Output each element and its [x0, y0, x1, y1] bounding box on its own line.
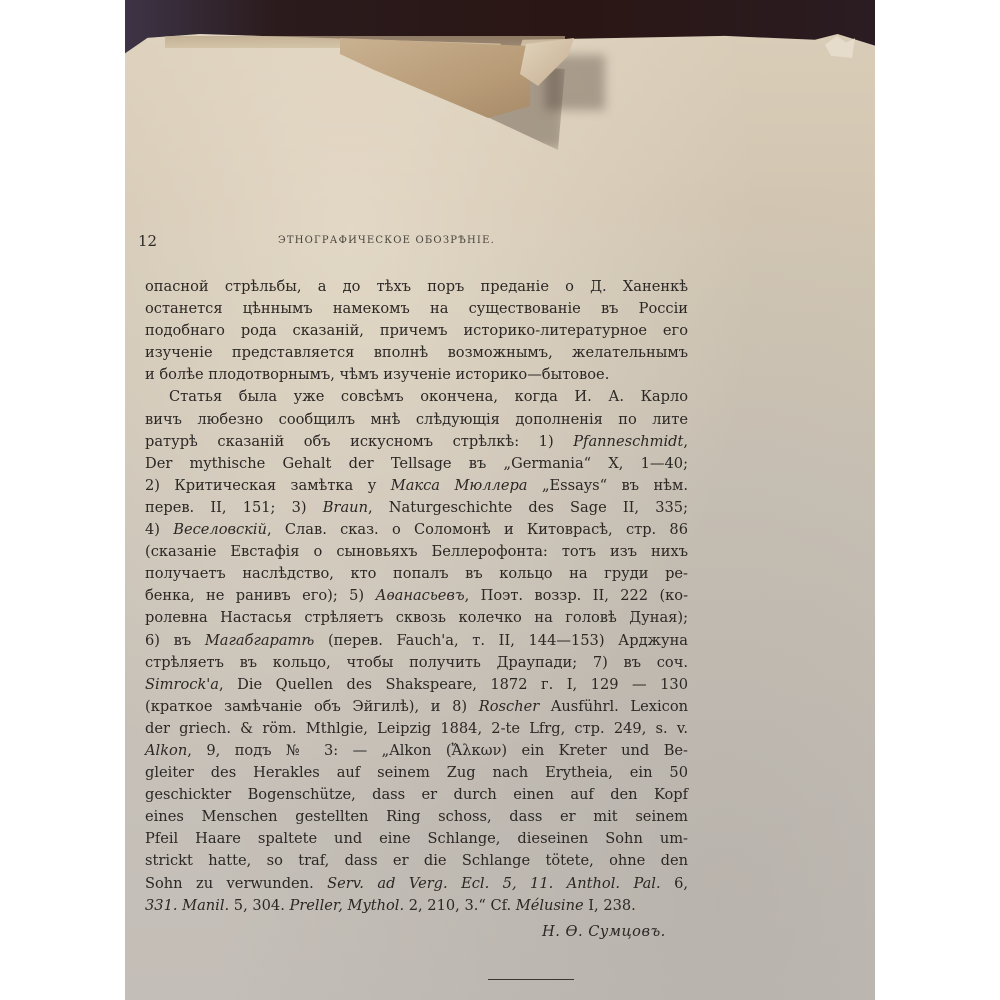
text-segment: eines Menschen gestellten Ring schoss, d…	[145, 808, 688, 825]
body-text: опасной стрѣльбы, а до тѣхъ поръ предані…	[145, 276, 688, 917]
italic-reference: Mélusine	[516, 897, 584, 914]
text-segment: Sohn zu verwunden.	[145, 875, 327, 892]
italic-reference: Serv. ad Verg. Ecl. 5, 11. Anthol. Pal.	[327, 875, 660, 892]
text-line: gleiter des Herakles auf seinem Zug nach…	[145, 762, 688, 784]
text-line: Pfeil Haare spaltete und eine Schlange, …	[145, 828, 688, 850]
italic-reference: Alkon	[145, 742, 187, 759]
page-header: 12 ЭТНОГРАФИЧЕСКОЕ ОБОЗРѢНІЕ.	[138, 232, 688, 252]
italic-reference: Simrock'a	[145, 676, 219, 693]
text-line: Simrock'a, Die Quellen des Shakspeare, 1…	[145, 674, 688, 696]
italic-reference: 331. Manil.	[145, 897, 229, 914]
text-segment: I, 238.	[584, 897, 636, 914]
text-line: вичъ любезно сообщилъ мнѣ слѣдующія допо…	[145, 409, 688, 431]
text-segment: бенка, не ранивъ его); 5)	[145, 587, 376, 604]
italic-reference: Аѳанасьевъ	[376, 587, 465, 604]
text-line: и болѣе плодотворнымъ, чѣмъ изученіе ист…	[145, 364, 688, 386]
text-line: останется цѣннымъ намекомъ на существова…	[145, 298, 688, 320]
text-segment: 5, 304.	[229, 897, 289, 914]
text-line: Alkon, 9, подъ № 3: — „Alkon (Ἄλκων) ein…	[145, 740, 688, 762]
text-line: geschickter Bogenschütze, dass er durch …	[145, 784, 688, 806]
text-segment: (краткое замѣчаніе объ Эйгилѣ), и 8)	[145, 698, 479, 715]
text-segment: стрѣляетъ въ кольцо, чтобы получить Драу…	[145, 654, 688, 671]
text-line: бенка, не ранивъ его); 5) Аѳанасьевъ, По…	[145, 585, 688, 607]
text-line: der griech. & röm. Mthlgie, Leipzig 1884…	[145, 718, 688, 740]
author-signature: Н. Ѳ. Сумцовъ.	[542, 923, 666, 940]
text-segment: Der mythische Gehalt der Tellsage въ „Ge…	[145, 455, 688, 472]
text-line: Der mythische Gehalt der Tellsage въ „Ge…	[145, 453, 688, 475]
text-segment: (сказаніе Евстафія о сыновьяхъ Беллерофо…	[145, 543, 688, 560]
text-line: изученіе представляется вполнѣ возможным…	[145, 342, 688, 364]
text-line: стрѣляетъ въ кольцо, чтобы получить Драу…	[145, 652, 688, 674]
text-line: 6) въ Магабгаратѣ (перев. Fauch'a, т. II…	[145, 630, 688, 652]
text-segment: подобнаго рода сказаній, причемъ историк…	[145, 322, 688, 339]
text-segment: gleiter des Herakles auf seinem Zug nach…	[145, 764, 688, 781]
text-segment: ратурѣ сказаній объ искусномъ стрѣлкѣ: 1…	[145, 433, 573, 450]
text-segment: der griech. & röm. Mthlgie, Leipzig 1884…	[145, 720, 688, 737]
text-segment: geschickter Bogenschütze, dass er durch …	[145, 786, 688, 803]
text-segment: 2, 210, 3.“ Cf.	[404, 897, 516, 914]
text-segment: , Слав. сказ. о Соломонѣ и Китоврасѣ, ст…	[267, 521, 688, 538]
text-segment: , Поэт. воззр. II, 222 (ко-	[465, 587, 688, 604]
text-segment: Статья была уже совсѣмъ окончена, когда …	[169, 388, 688, 405]
text-segment: опасной стрѣльбы, а до тѣхъ поръ предані…	[145, 278, 688, 295]
text-segment: , Naturgeschichte des Sage II, 335;	[368, 499, 688, 516]
text-segment: 2) Критическая замѣтка у	[145, 477, 391, 494]
text-segment: strickt hatte, so traf, dass er die Schl…	[145, 852, 688, 869]
text-line: 2) Критическая замѣтка у Макса Мюллера „…	[145, 475, 688, 497]
text-segment: , Die Quellen des Shakspeare, 1872 г. I,…	[219, 676, 688, 693]
text-line: strickt hatte, so traf, dass er die Schl…	[145, 850, 688, 872]
text-segment: (перев. Fauch'a, т. II, 144—153) Арджуна	[314, 632, 688, 649]
italic-reference: Магабгаратѣ	[205, 632, 314, 649]
page-number: 12	[138, 232, 157, 250]
text-line: (сказаніе Евстафія о сыновьяхъ Беллерофо…	[145, 541, 688, 563]
text-line: опасной стрѣльбы, а до тѣхъ поръ предані…	[145, 276, 688, 298]
text-segment: , 9, подъ № 3: — „Alkon (Ἄλκων) ein Kret…	[187, 742, 688, 759]
text-segment: 6,	[661, 875, 688, 892]
text-line: Статья была уже совсѣмъ окончена, когда …	[145, 386, 688, 408]
text-segment: ,	[683, 433, 688, 450]
italic-reference: Веселовскій	[173, 521, 267, 538]
text-line: ратурѣ сказаній объ искусномъ стрѣлкѣ: 1…	[145, 431, 688, 453]
text-line: 4) Веселовскій, Слав. сказ. о Соломонѣ и…	[145, 519, 688, 541]
text-segment: вичъ любезно сообщилъ мнѣ слѣдующія допо…	[145, 411, 688, 428]
text-segment: получаетъ наслѣдство, кто попалъ въ коль…	[145, 565, 688, 582]
text-line: ролевна Настасья стрѣляетъ сквозь колечк…	[145, 607, 688, 629]
text-line: получаетъ наслѣдство, кто попалъ въ коль…	[145, 563, 688, 585]
italic-reference: Roscher	[479, 698, 539, 715]
end-rule	[488, 979, 574, 980]
text-segment: останется цѣннымъ намекомъ на существова…	[145, 300, 688, 317]
running-title: ЭТНОГРАФИЧЕСКОЕ ОБОЗРѢНІЕ.	[278, 235, 495, 246]
text-segment: 4)	[145, 521, 173, 538]
text-line: Sohn zu verwunden. Serv. ad Verg. Ecl. 5…	[145, 873, 688, 895]
italic-reference: Макса Мюллера	[391, 477, 528, 494]
text-segment: 6) въ	[145, 632, 205, 649]
italic-reference: Pfanneschmidt	[573, 433, 683, 450]
text-segment: Ausführl. Lexicon	[539, 698, 688, 715]
text-segment: перев. II, 151; 3)	[145, 499, 323, 516]
text-segment: „Essays“ въ нѣм.	[528, 477, 688, 494]
text-segment: ролевна Настасья стрѣляетъ сквозь колечк…	[145, 609, 688, 626]
italic-reference: Braun	[323, 499, 368, 516]
text-segment: и болѣе плодотворнымъ, чѣмъ изученіе ист…	[145, 366, 609, 383]
text-segment: Pfeil Haare spaltete und eine Schlange, …	[145, 830, 688, 847]
text-line: подобнаго рода сказаній, причемъ историк…	[145, 320, 688, 342]
text-line: 331. Manil. 5, 304. Preller, Mythol. 2, …	[145, 895, 688, 917]
text-segment: изученіе представляется вполнѣ возможным…	[145, 344, 688, 361]
text-line: eines Menschen gestellten Ring schoss, d…	[145, 806, 688, 828]
text-line: перев. II, 151; 3) Braun, Naturgeschicht…	[145, 497, 688, 519]
text-line: (краткое замѣчаніе объ Эйгилѣ), и 8) Ros…	[145, 696, 688, 718]
italic-reference: Preller, Mythol.	[290, 897, 405, 914]
